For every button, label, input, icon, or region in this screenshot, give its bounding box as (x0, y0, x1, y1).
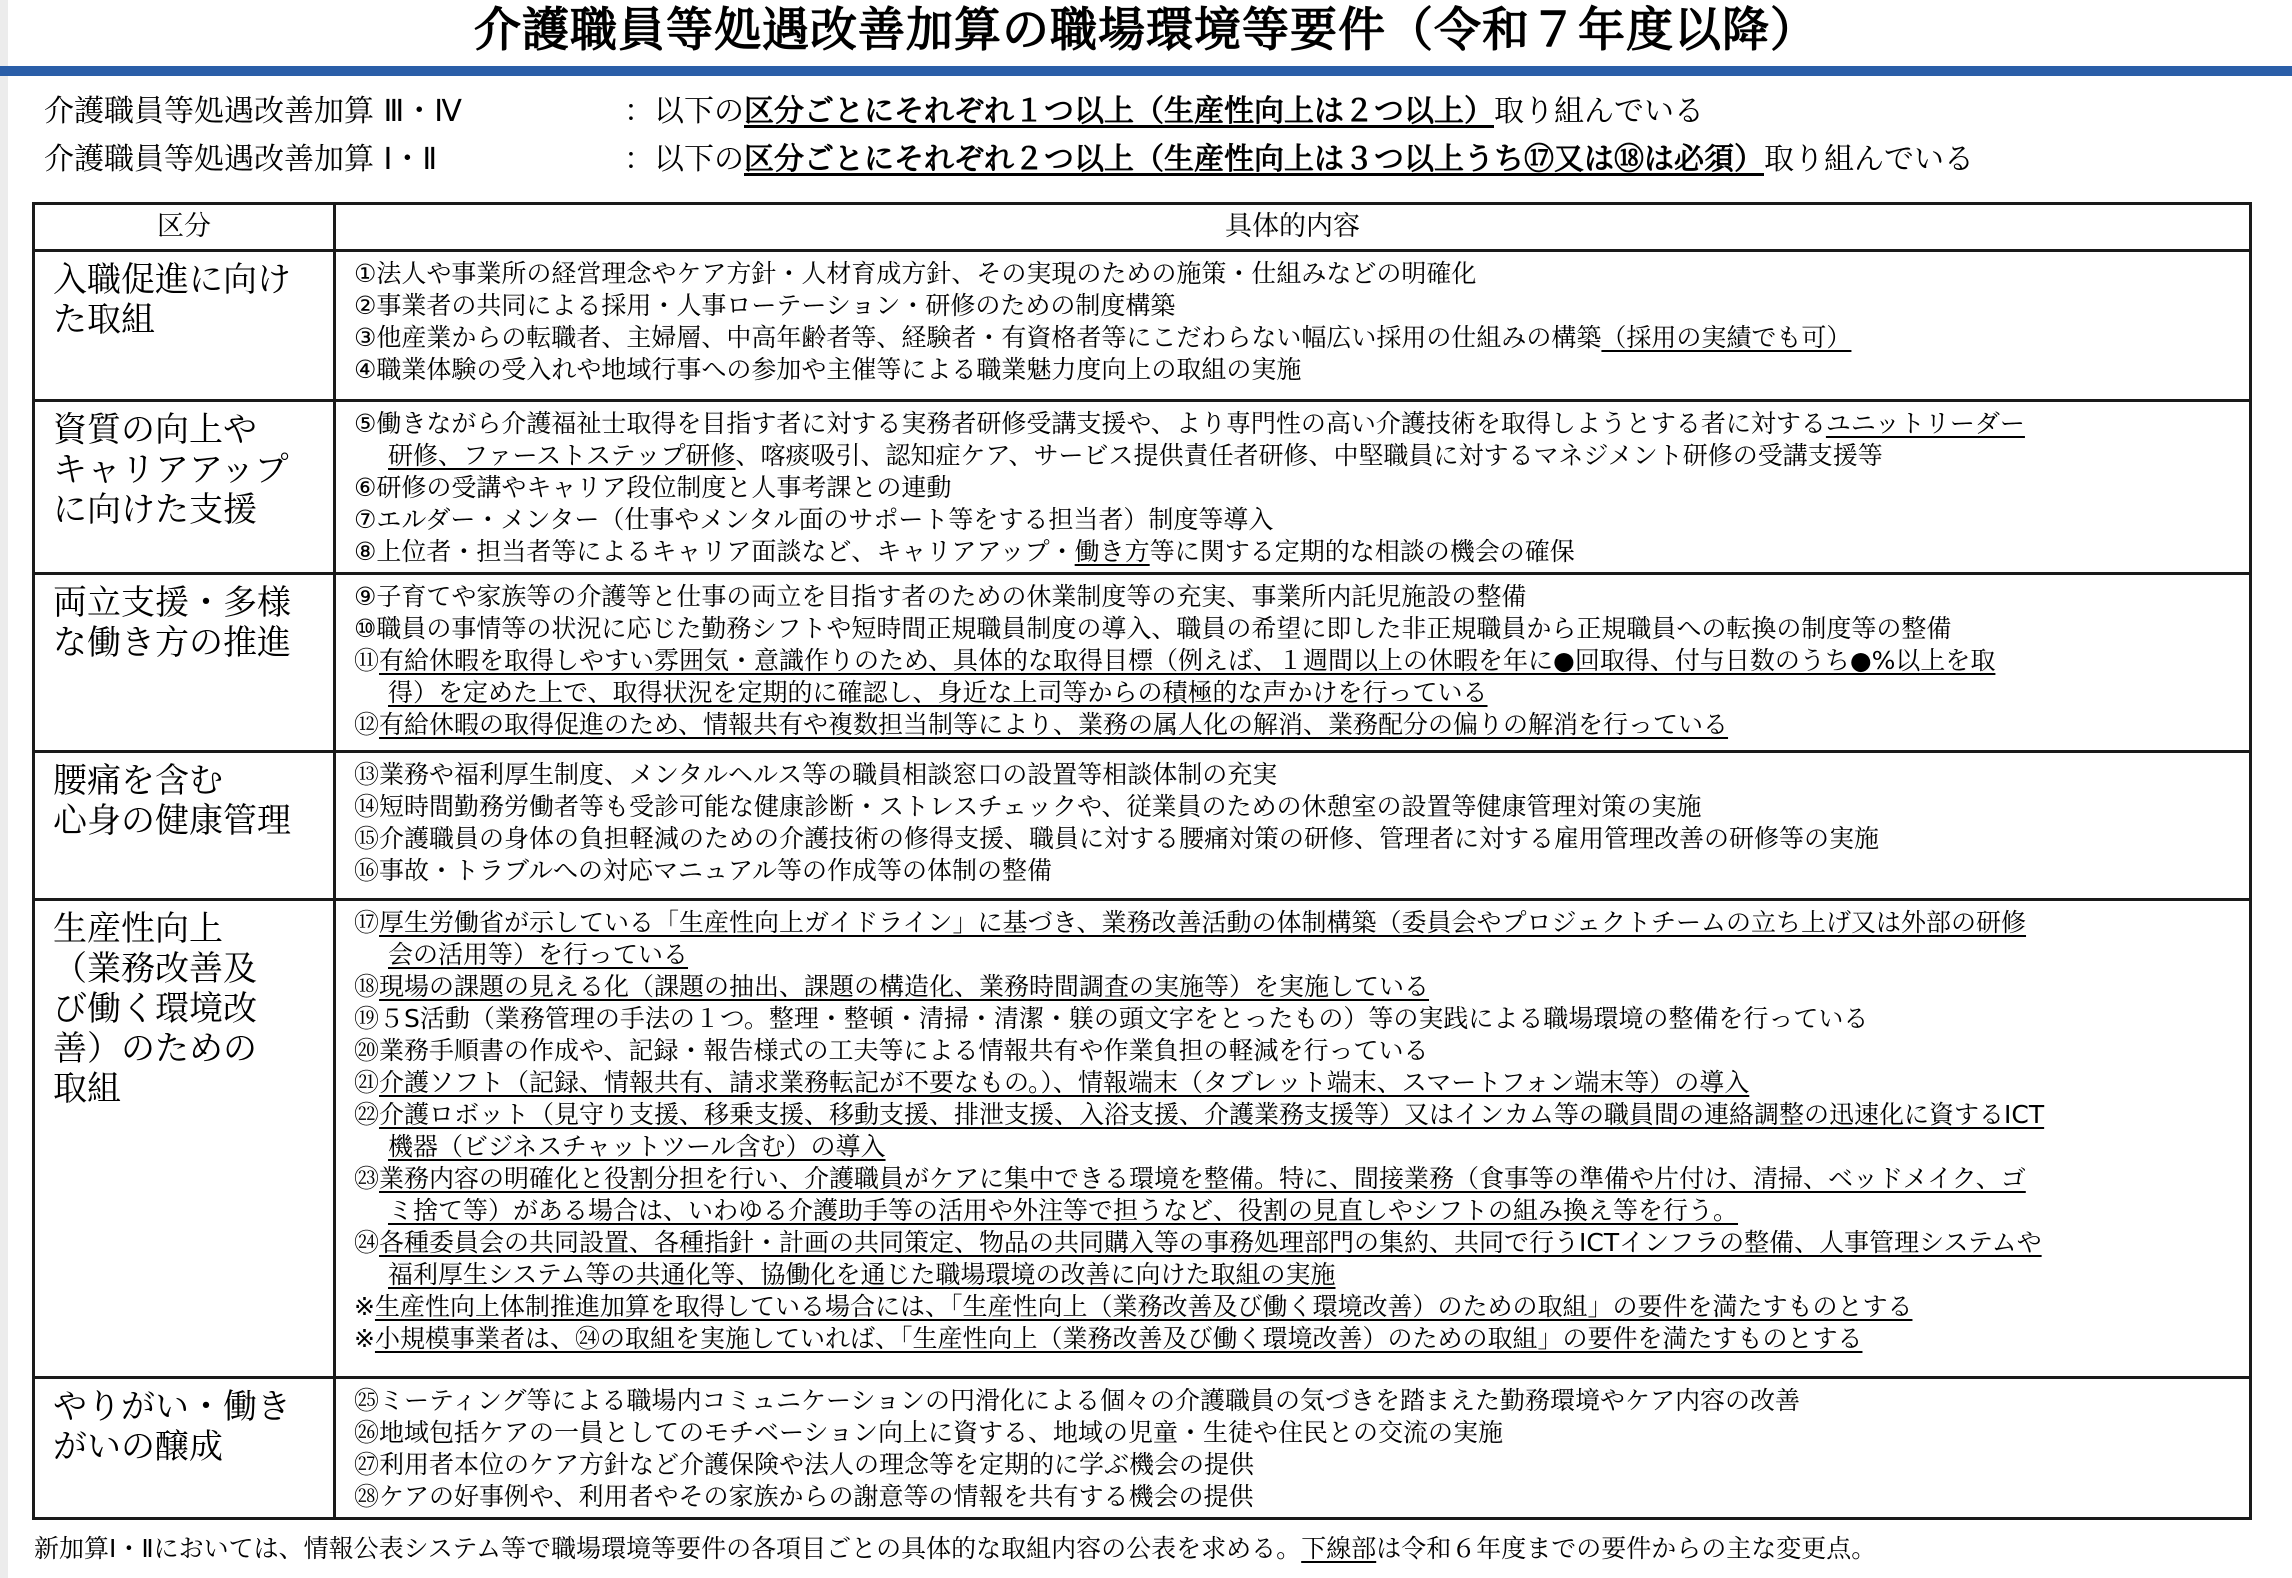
item-text: ⑯事故・トラブルへの対応マニュアル等の作成等の体制の整備 (354, 856, 1052, 885)
content-cell: ㉕ミーティング等による職場内コミュニケーションの円滑化による個々の介護職員の気づ… (335, 1378, 2251, 1519)
content-item: ⑫有給休暇の取得促進のため、情報共有や複数担当制等により、業務の属人化の解消、業… (354, 709, 2249, 741)
table-row: 資質の向上やキャリアアップに向けた支援⑤働きながら介護福祉士取得を目指す者に対す… (34, 401, 2251, 574)
item-text: ㉘ケアの好事例や、利用者やその家族からの謝意等の情報を共有する機会の提供 (354, 1482, 1254, 1511)
content-item: ⑮介護職員の身体の負担軽減のための介護技術の修得支援、職員に対する腰痛対策の研修… (354, 823, 2249, 855)
item-text: ⑩職員の事情等の状況に応じた勤務シフトや短時間正規職員制度の導入、職員の希望に即… (354, 614, 1951, 643)
underlined-text: 各種委員会の共同設置、各種指針・計画の共同策定、物品の共同購入等の事務処理部門の… (379, 1228, 2042, 1257)
item-text: ③他産業からの転職者、主婦層、中高年齢者等、経験者・有資格者等にこだわらない幅広… (354, 323, 1601, 352)
item-text: ㉓ (354, 1164, 379, 1193)
item-text: ⑱ (354, 972, 379, 1001)
item-text: ⑨子育てや家族等の介護等と仕事の両立を目指す者のための休業制度等の充実、事業所内… (354, 582, 1526, 611)
requirement-emphasis: 区分ごとにそれぞれ２つ以上（生産性向上は３つ以上うち⑰又は⑱は必須） (744, 142, 1764, 177)
category-line: 善）のための (53, 1029, 333, 1069)
item-text: ④職業体験の受入れや地域行事への参加や主催等による職業魅力度向上の取組の実施 (354, 355, 1301, 384)
category-line: に向けた支援 (53, 490, 333, 530)
content-item: ㉖地域包括ケアの一員としてのモチベーション向上に資する、地域の児童・生徒や住民と… (354, 1417, 2249, 1449)
footer-note: 新加算Ⅰ・Ⅱにおいては、情報公表システム等で職場環境等要件の各項目ごとの具体的な… (34, 1533, 1876, 1565)
requirement-label: 介護職員等処遇改善加算 Ⅰ・Ⅱ (44, 140, 624, 180)
item-text: ⑧上位者・担当者等によるキャリア面談など、キャリアアップ・ (354, 537, 1075, 566)
requirement-suffix: 取り組んでいる (1764, 142, 1974, 177)
underlined-text: 会の活用等）を行っている (388, 940, 688, 969)
content-item: ⑨子育てや家族等の介護等と仕事の両立を目指す者のための休業制度等の充実、事業所内… (354, 581, 2249, 613)
header-content: 具体的内容 (335, 204, 2251, 251)
table-row: やりがい・働きがいの醸成㉕ミーティング等による職場内コミュニケーションの円滑化に… (34, 1378, 2251, 1519)
title-underline-bar (0, 66, 2292, 76)
content-item: ⑧上位者・担当者等によるキャリア面談など、キャリアアップ・働き方等に関する定期的… (354, 536, 2249, 568)
underlined-text: 有給休暇を取得しやすい雰囲気・意識作りのため、具体的な取得目標（例えば、１週間以… (379, 646, 1995, 675)
content-item: ㉕ミーティング等による職場内コミュニケーションの円滑化による個々の介護職員の気づ… (354, 1385, 2249, 1417)
category-line: な働き方の推進 (53, 623, 333, 663)
underlined-text: ユニットリーダー (1826, 409, 2025, 438)
content-item: ミ捨て等）がある場合は、いわゆる介護助手等の活用や外注等で担うなど、役割の見直し… (354, 1195, 2249, 1227)
category-line: た取組 (53, 300, 333, 340)
table-row: 腰痛を含む心身の健康管理⑬業務や福利厚生制度、メンタルヘルス等の職員相談窓口の設… (34, 752, 2251, 900)
underlined-text: ミ捨て等）がある場合は、いわゆる介護助手等の活用や外注等で担うなど、役割の見直し… (388, 1196, 1738, 1225)
category-cell: 資質の向上やキャリアアップに向けた支援 (34, 401, 335, 574)
underlined-text: 得）を定めた上で、取得状況を定期的に確認し、身近な上司等からの積極的な声かけを行… (388, 678, 1488, 707)
content-item: ㉗利用者本位のケア方針など介護保険や法人の理念等を定期的に学ぶ機会の提供 (354, 1449, 2249, 1481)
content-item: ⑱現場の課題の見える化（課題の抽出、課題の構造化、業務時間調査の実施等）を実施し… (354, 971, 2249, 1003)
underlined-text: 業務内容の明確化と役割分担を行い、介護職員がケアに集中できる環境を整備。特に、間… (379, 1164, 2026, 1193)
requirement-prefix: ：以下の (624, 94, 744, 129)
item-text: ㉕ミーティング等による職場内コミュニケーションの円滑化による個々の介護職員の気づ… (354, 1386, 1800, 1415)
underlined-text: 働き方 (1075, 537, 1150, 566)
content-cell: ⑬業務や福利厚生制度、メンタルヘルス等の職員相談窓口の設置等相談体制の充実⑭短時… (335, 752, 2251, 900)
underlined-text: （採用の実績でも可） (1601, 323, 1851, 352)
content-item: 福利厚生システム等の共通化等、協働化を通じた職場環境の改善に向けた取組の実施 (354, 1259, 2249, 1291)
item-text: ⑰ (354, 908, 379, 937)
category-line: 心身の健康管理 (53, 801, 333, 841)
content-item: ⑪有給休暇を取得しやすい雰囲気・意識作りのため、具体的な取得目標（例えば、１週間… (354, 645, 2249, 677)
item-text: ※ (354, 1292, 375, 1321)
underlined-text: 福利厚生システム等の共通化等、協働化を通じた職場環境の改善に向けた取組の実施 (388, 1260, 1336, 1289)
item-text: ㉒ (354, 1100, 379, 1129)
content-item: ⑬業務や福利厚生制度、メンタルヘルス等の職員相談窓口の設置等相談体制の充実 (354, 759, 2249, 791)
content-item: ⑰厚生労働省が示している「生産性向上ガイドライン」に基づき、業務改善活動の体制構… (354, 907, 2249, 939)
item-text: ⑫ (354, 710, 379, 739)
content-item: 得）を定めた上で、取得状況を定期的に確認し、身近な上司等からの積極的な声かけを行… (354, 677, 2249, 709)
item-text: ⑦エルダー・メンター（仕事やメンタル面のサポート等をする担当者）制度等導入 (354, 505, 1273, 534)
requirement-emphasis: 区分ごとにそれぞれ１つ以上（生産性向上は２つ以上） (744, 94, 1494, 129)
category-cell: 腰痛を含む心身の健康管理 (34, 752, 335, 900)
requirements-table: 区分 具体的内容 入職促進に向けた取組①法人や事業所の経営理念やケア方針・人材育… (32, 202, 2252, 1520)
content-cell: ⑤働きながら介護福祉士取得を目指す者に対する実務者研修受講支援や、より専門性の高… (335, 401, 2251, 574)
category-cell: やりがい・働きがいの醸成 (34, 1378, 335, 1519)
requirement-label: 介護職員等処遇改善加算 Ⅲ・Ⅳ (44, 92, 624, 132)
item-text: ⑭短時間勤務労働者等も受診可能な健康診断・ストレスチェックや、従業員のための休憩… (354, 792, 1702, 821)
item-text: ㉑ (354, 1068, 379, 1097)
requirement-line-1-2: 介護職員等処遇改善加算 Ⅰ・Ⅱ：以下の区分ごとにそれぞれ２つ以上（生産性向上は３… (44, 140, 1974, 180)
content-item: ㉔各種委員会の共同設置、各種指針・計画の共同策定、物品の共同購入等の事務処理部門… (354, 1227, 2249, 1259)
footer-text-after: は令和６年度までの要件からの主な変更点。 (1376, 1534, 1876, 1563)
item-text: ①法人や事業所の経営理念やケア方針・人材育成方針、その実現のための施策・仕組みな… (354, 259, 1476, 288)
header-category: 区分 (34, 204, 335, 251)
underlined-text: 介護ロボット（見守り支援、移乗支援、移動支援、排泄支援、入浴支援、介護業務支援等… (379, 1100, 2044, 1129)
content-cell: ⑰厚生労働省が示している「生産性向上ガイドライン」に基づき、業務改善活動の体制構… (335, 900, 2251, 1378)
item-text: ㉖地域包括ケアの一員としてのモチベーション向上に資する、地域の児童・生徒や住民と… (354, 1418, 1503, 1447)
category-line: 両立支援・多様 (53, 583, 333, 623)
page-title: 介護職員等処遇改善加算の職場環境等要件（令和７年度以降） (0, 0, 2292, 62)
item-text: ⑲５S活動（業務管理の手法の１つ。整理・整頓・清掃・清潔・躾の頭文字をとったもの… (354, 1004, 1868, 1033)
table-header-row: 区分 具体的内容 (34, 204, 2251, 251)
footer-text: 新加算Ⅰ・Ⅱにおいては、情報公表システム等で職場環境等要件の各項目ごとの具体的な… (34, 1534, 1301, 1563)
content-cell: ①法人や事業所の経営理念やケア方針・人材育成方針、その実現のための施策・仕組みな… (335, 251, 2251, 401)
content-item: ⑳業務手順書の作成や、記録・報告様式の工夫等による情報共有や作業負担の軽減を行っ… (354, 1035, 2249, 1067)
content-item: ②事業者の共同による採用・人事ローテーション・研修のための制度構築 (354, 290, 2249, 322)
item-text: ⑪ (354, 646, 379, 675)
content-item: 機器（ビジネスチャットツール含む）の導入 (354, 1131, 2249, 1163)
table-row: 入職促進に向けた取組①法人や事業所の経営理念やケア方針・人材育成方針、その実現の… (34, 251, 2251, 401)
requirement-prefix: ：以下の (624, 142, 744, 177)
underlined-text: 小規模事業者は、㉔の取組を実施していれば、「生産性向上（業務改善及び働く環境改善… (375, 1324, 1863, 1353)
table-body: 入職促進に向けた取組①法人や事業所の経営理念やケア方針・人材育成方針、その実現の… (34, 251, 2251, 1519)
content-item: ※生産性向上体制推進加算を取得している場合には、「生産性向上（業務改善及び働く環… (354, 1291, 2249, 1323)
underlined-text: 厚生労働省が示している「生産性向上ガイドライン」に基づき、業務改善活動の体制構築… (379, 908, 2026, 937)
item-text: ⑬業務や福利厚生制度、メンタルヘルス等の職員相談窓口の設置等相談体制の充実 (354, 760, 1277, 789)
content-cell: ⑨子育てや家族等の介護等と仕事の両立を目指す者のための休業制度等の充実、事業所内… (335, 574, 2251, 752)
content-item: ⑦エルダー・メンター（仕事やメンタル面のサポート等をする担当者）制度等導入 (354, 504, 2249, 536)
content-item: ①法人や事業所の経営理念やケア方針・人材育成方針、その実現のための施策・仕組みな… (354, 258, 2249, 290)
table-row: 両立支援・多様な働き方の推進⑨子育てや家族等の介護等と仕事の両立を目指す者のため… (34, 574, 2251, 752)
content-item: ㉒介護ロボット（見守り支援、移乗支援、移動支援、排泄支援、入浴支援、介護業務支援… (354, 1099, 2249, 1131)
underlined-text: 有給休暇の取得促進のため、情報共有や複数担当制等により、業務の属人化の解消、業務… (379, 710, 1728, 739)
category-line: 資質の向上や (53, 410, 333, 450)
item-text: ⑥研修の受講やキャリア段位制度と人事考課との連動 (354, 473, 951, 502)
category-line: 生産性向上 (53, 909, 333, 949)
content-item: ※小規模事業者は、㉔の取組を実施していれば、「生産性向上（業務改善及び働く環境改… (354, 1323, 2249, 1355)
category-cell: 両立支援・多様な働き方の推進 (34, 574, 335, 752)
underlined-text: 機器（ビジネスチャットツール含む）の導入 (388, 1132, 886, 1161)
category-line: 入職促進に向け (53, 260, 333, 300)
item-text: ㉔ (354, 1228, 379, 1257)
item-text: ②事業者の共同による採用・人事ローテーション・研修のための制度構築 (354, 291, 1175, 320)
item-text: ⑳業務手順書の作成や、記録・報告様式の工夫等による情報共有や作業負担の軽減を行っ… (354, 1036, 1429, 1065)
content-item: ⑤働きながら介護福祉士取得を目指す者に対する実務者研修受講支援や、より専門性の高… (354, 408, 2249, 440)
content-item: ⑲５S活動（業務管理の手法の１つ。整理・整頓・清掃・清潔・躾の頭文字をとったもの… (354, 1003, 2249, 1035)
item-text: ⑤働きながら介護福祉士取得を目指す者に対する実務者研修受講支援や、より専門性の高… (354, 409, 1826, 438)
item-text: ※ (354, 1324, 375, 1353)
content-item: 研修、ファーストステップ研修、喀痰吸引、認知症ケア、サービス提供責任者研修、中堅… (354, 440, 2249, 472)
requirement-line-3-4: 介護職員等処遇改善加算 Ⅲ・Ⅳ：以下の区分ごとにそれぞれ１つ以上（生産性向上は２… (44, 92, 1704, 132)
content-item: ⑭短時間勤務労働者等も受診可能な健康診断・ストレスチェックや、従業員のための休憩… (354, 791, 2249, 823)
footer-underlined: 下線部 (1301, 1534, 1376, 1563)
category-line: （業務改善及 (53, 949, 333, 989)
content-item: ㉑介護ソフト（記録、情報共有、請求業務転記が不要なもの。）、情報端末（タブレット… (354, 1067, 2249, 1099)
category-line: 腰痛を含む (53, 761, 333, 801)
content-item: ③他産業からの転職者、主婦層、中高年齢者等、経験者・有資格者等にこだわらない幅広… (354, 322, 2249, 354)
item-text: 、喀痰吸引、認知症ケア、サービス提供責任者研修、中堅職員に対するマネジメント研修… (736, 441, 1883, 470)
category-cell: 入職促進に向けた取組 (34, 251, 335, 401)
content-item: ㉘ケアの好事例や、利用者やその家族からの謝意等の情報を共有する機会の提供 (354, 1481, 2249, 1513)
underlined-text: 研修、ファーストステップ研修 (388, 441, 736, 470)
table-row: 生産性向上（業務改善及び働く環境改善）のための取組⑰厚生労働省が示している「生産… (34, 900, 2251, 1378)
category-line: 取組 (53, 1069, 333, 1109)
content-item: ⑥研修の受講やキャリア段位制度と人事考課との連動 (354, 472, 2249, 504)
item-text: ㉗利用者本位のケア方針など介護保険や法人の理念等を定期的に学ぶ機会の提供 (354, 1450, 1254, 1479)
content-item: ④職業体験の受入れや地域行事への参加や主催等による職業魅力度向上の取組の実施 (354, 354, 2249, 386)
content-item: 会の活用等）を行っている (354, 939, 2249, 971)
underlined-text: 介護ソフト（記録、情報共有、請求業務転記が不要なもの。）、情報端末（タブレット端… (379, 1068, 1749, 1097)
content-item: ⑯事故・トラブルへの対応マニュアル等の作成等の体制の整備 (354, 855, 2249, 887)
content-item: ㉓業務内容の明確化と役割分担を行い、介護職員がケアに集中できる環境を整備。特に、… (354, 1163, 2249, 1195)
requirement-suffix: 取り組んでいる (1494, 94, 1704, 129)
page-edge (0, 0, 8, 1578)
underlined-text: 現場の課題の見える化（課題の抽出、課題の構造化、業務時間調査の実施等）を実施して… (379, 972, 1429, 1001)
category-cell: 生産性向上（業務改善及び働く環境改善）のための取組 (34, 900, 335, 1378)
item-text: 等に関する定期的な相談の機会の確保 (1150, 537, 1575, 566)
category-line: び働く環境改 (53, 989, 333, 1029)
category-line: キャリアアップ (53, 450, 333, 490)
category-line: がいの醸成 (53, 1427, 333, 1467)
content-item: ⑩職員の事情等の状況に応じた勤務シフトや短時間正規職員制度の導入、職員の希望に即… (354, 613, 2249, 645)
category-line: やりがい・働き (53, 1387, 333, 1427)
underlined-text: 生産性向上体制推進加算を取得している場合には、「生産性向上（業務改善及び働く環境… (375, 1292, 1913, 1321)
item-text: ⑮介護職員の身体の負担軽減のための介護技術の修得支援、職員に対する腰痛対策の研修… (354, 824, 1879, 853)
